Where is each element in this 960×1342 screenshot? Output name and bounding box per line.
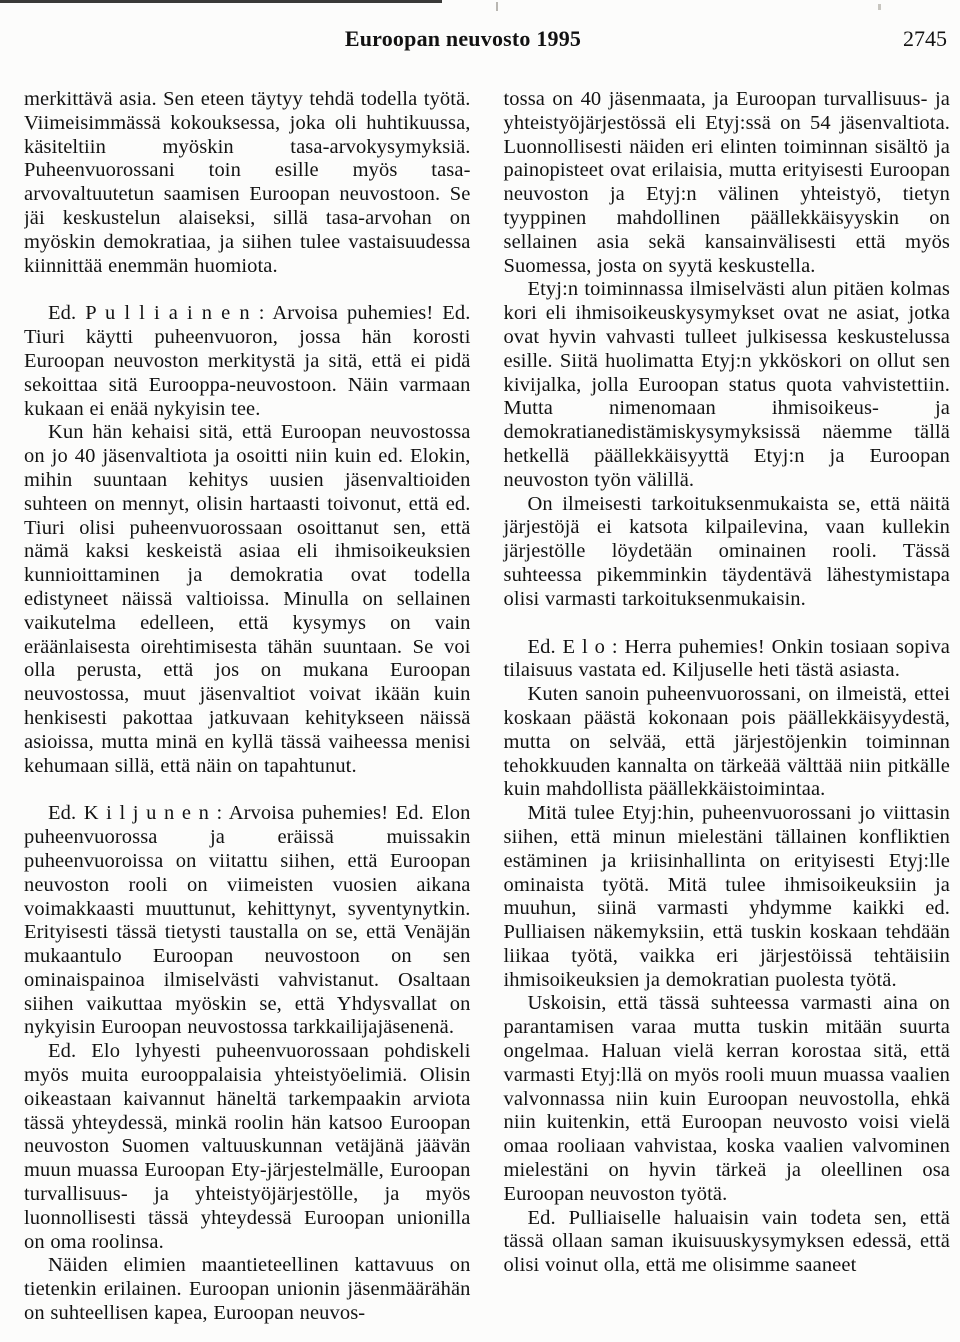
paragraph: Näiden elimien maantieteellinen kattavuu… [24,1254,471,1325]
paragraph: Kun hän kehaisi sitä, että Euroopan neuv… [24,421,471,778]
page-title: Euroopan neuvosto 1995 [0,26,926,52]
right-column: tossa on 40 jäsenmaata, ja Euroopan turv… [504,88,951,1342]
paragraph: merkittävä asia. Sen eteen täytyy tehdä … [24,88,471,278]
paragraph-speech-elo: Ed. E l o : Herra puhemies! Onkin tosiaa… [504,636,951,684]
paragraph: Etyj:n toiminnassa ilmiselvästi alun pit… [504,278,951,492]
paragraph-speech-kiljunen: Ed. K i l j u n e n : Arvoisa puhemies! … [24,802,471,1040]
paragraph: Ed. Elo lyhyesti puheenvuorossaan pohdis… [24,1040,471,1254]
paragraph: Ed. Pulliaiselle haluaisin vain todeta s… [504,1207,951,1278]
paragraph: tossa on 40 jäsenmaata, ja Euroopan turv… [504,88,951,278]
text-columns: merkittävä asia. Sen eteen täytyy tehdä … [24,88,950,1342]
paragraph: Kuten sanoin puheenvuorossani, on ilmeis… [504,683,951,802]
paragraph: Uskoisin, että tässä suhteessa varmasti … [504,992,951,1206]
page-header: Euroopan neuvosto 1995 2745 [0,26,960,60]
page-number: 2745 [903,26,947,52]
scan-artifact-tick [496,2,498,11]
paragraph-speech-pulliainen: Ed. P u l l i a i n e n : Arvoisa puhemi… [24,302,471,421]
scanned-document-page: Euroopan neuvosto 1995 2745 merkittävä a… [0,0,960,1342]
left-column: merkittävä asia. Sen eteen täytyy tehdä … [24,88,471,1342]
scan-artifact-speck [878,4,881,10]
scan-artifact-top-strip [0,0,442,3]
paragraph: On ilmeisesti tarkoituksenmukaista se, e… [504,493,951,612]
paragraph: Mitä tulee Etyj:hin, puheenvuorossani jo… [504,802,951,992]
